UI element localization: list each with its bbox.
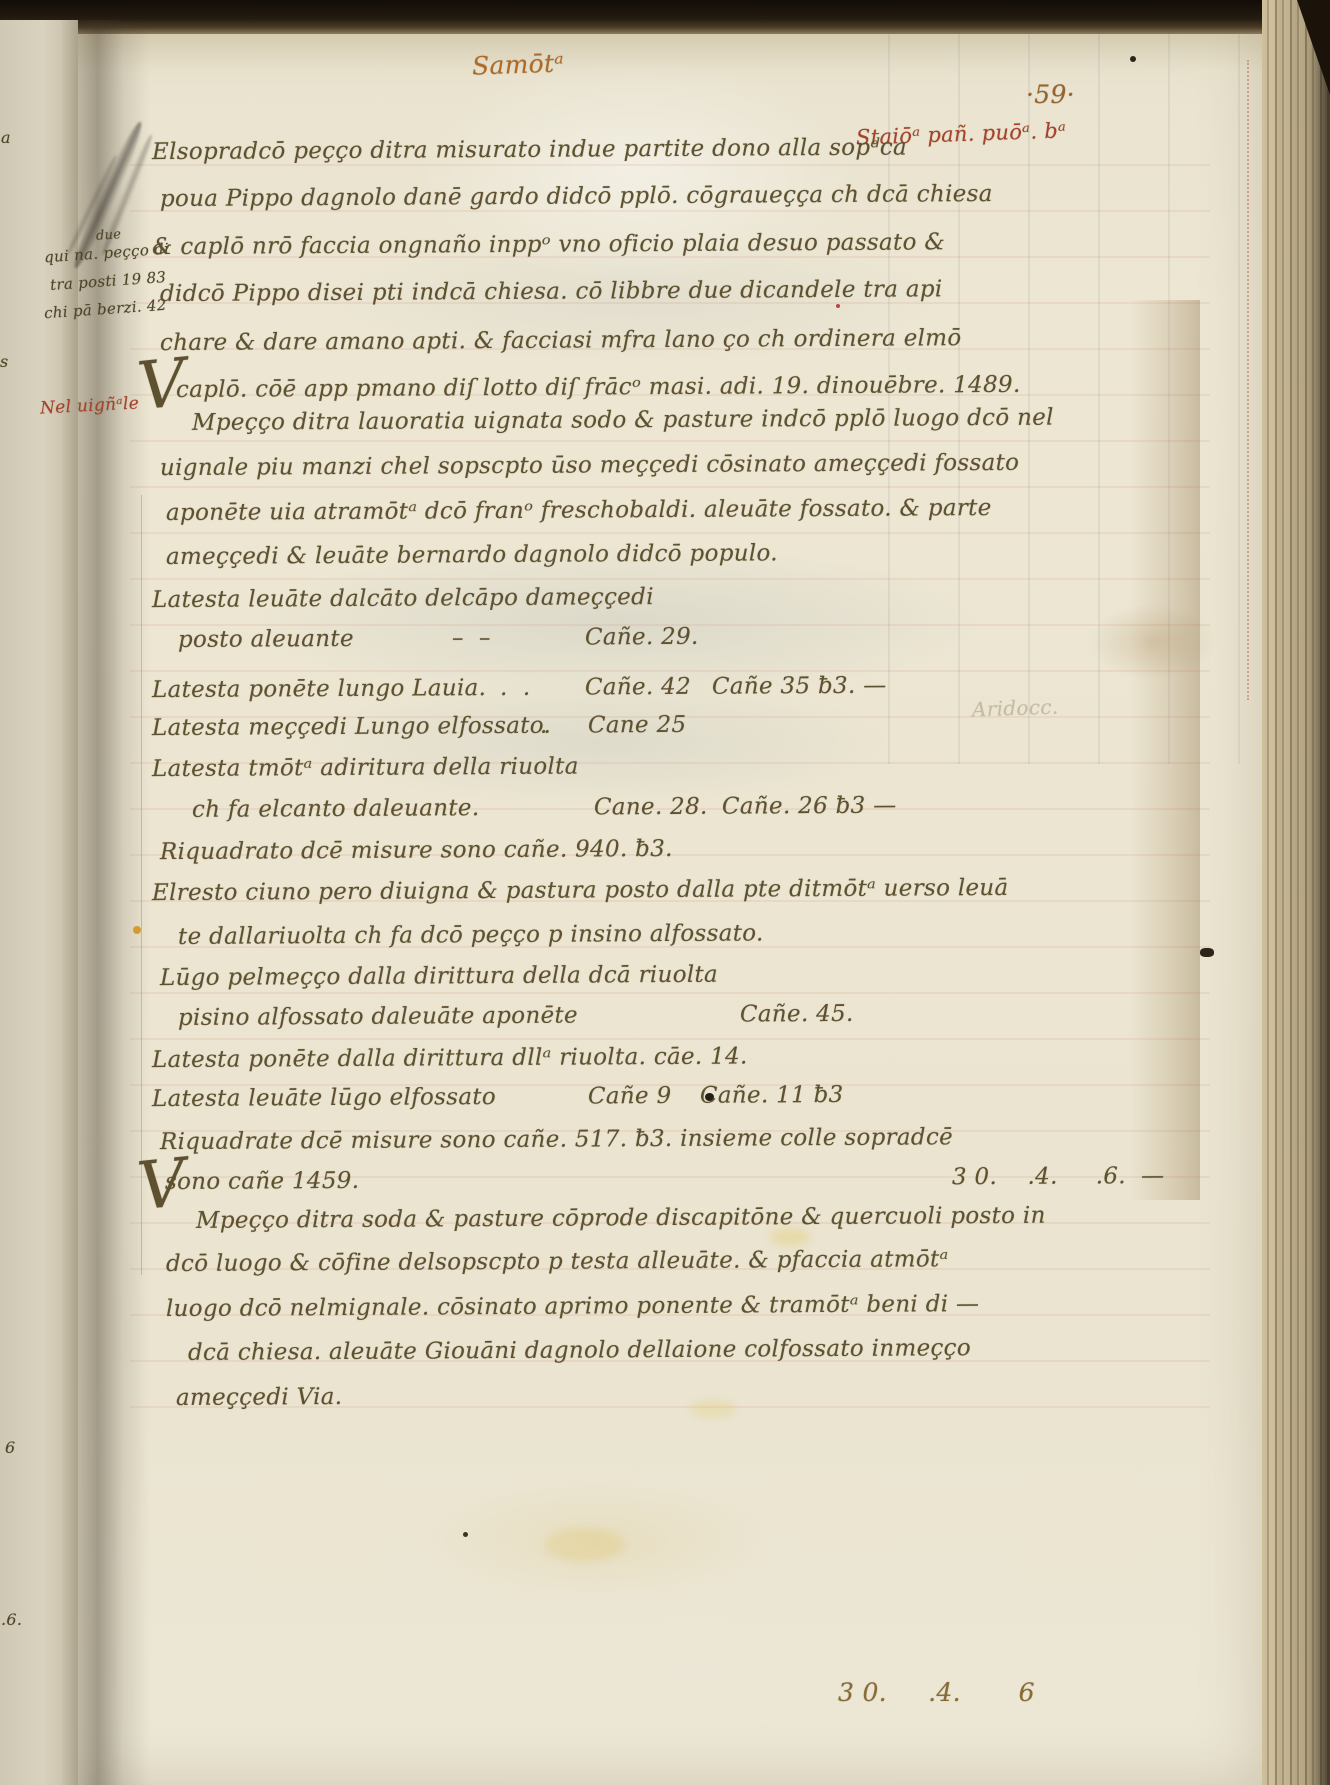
measure-value: Cañe 35 ƀ3. — — [712, 673, 887, 700]
line-text: caplō. cōē app pmano diſ lotto diſ frācᵒ… — [176, 372, 1021, 403]
line-text: Riquadrato dcē misure sono cañe. 940. ƀ3… — [160, 836, 673, 865]
line-text: pisino alfossato daleuāte aponēte — [178, 1003, 578, 1031]
line-text: poua Pippo dagnolo danē gardo didcō pplō… — [160, 181, 993, 212]
measure-value: Cañe. 26 ƀ3 — — [722, 793, 897, 820]
line-text: Elsopradcō peçço ditra misurato indue pa… — [152, 135, 907, 166]
binding-top-edge — [0, 0, 1330, 34]
line-text: Latesta ponēte dalla dirittura dllᵃ riuo… — [152, 1043, 748, 1073]
measure-value: Cane 25 — [588, 712, 687, 739]
line-text: chare & dare amano apti. & facciasi mfra… — [160, 325, 962, 356]
line-text: te dallariuolta ch fa dcō peçço p insino… — [178, 920, 764, 950]
measure-value: Cañe 9 — [588, 1083, 672, 1110]
manuscript-photo: Samōtᵃ ·59· Staiōᵃ pañ. puōᵃ. bᵃ due qui… — [0, 0, 1330, 1785]
running-totals: 3 0. .4. .6. — — [952, 1163, 1165, 1190]
line-text: didcō Pippo disei pti indcā chiesa. cō l… — [160, 276, 943, 307]
folio-number: ·59· — [1026, 80, 1075, 109]
line-text: Latesta ponēte lungo Lauia. — [152, 675, 486, 703]
yellow-stain — [545, 1528, 625, 1562]
line-dash: – – — [452, 625, 491, 651]
line-text: Latesta meççedi Lungo elfossato. — [152, 713, 551, 741]
line-text: Latesta leuāte lūgo elfossato — [152, 1084, 496, 1112]
line-text: uignale piu manzi chel sopscpto ūso meçç… — [160, 450, 1019, 481]
measure-value: Cañe. 11 ƀ3 — [700, 1082, 844, 1109]
line-text: dcā chiesa. aleuāte Giouāni dagnolo dell… — [188, 1335, 971, 1366]
ink-speck — [463, 1532, 468, 1537]
line-text: Latesta tmōtᵃ adiritura della riuolta — [152, 754, 579, 783]
line-text: Latesta leuāte dalcāto delcāpo dameççedi — [152, 584, 654, 613]
measure-value: Cañe. 29. — [585, 624, 699, 651]
line-text: & caplō nrō faccia ongnaño inppᵒ vno ofi… — [152, 229, 945, 260]
line-text: Mpeçço ditra lauoratia uignata sodo & pa… — [192, 405, 1054, 436]
line-text: ch fa elcanto daleuante. — [192, 795, 480, 823]
line-dash: . . — [500, 675, 531, 701]
measure-value: Cañe. 45. — [740, 1001, 854, 1028]
line-text: luogo dcō nelmignale. cōsinato aprimo po… — [166, 1291, 979, 1322]
line-text: Riquadrate dcē misure sono cañe. 517. ƀ3… — [160, 1124, 953, 1155]
measure-value: Cañe. 42 — [585, 674, 691, 701]
measure-value: Cane. 28. — [594, 794, 708, 821]
line-dash: . — [540, 713, 548, 739]
ink-speck — [1130, 56, 1136, 62]
line-text: dcō luogo & cōfine delsopscpto p testa a… — [166, 1246, 949, 1277]
bottom-totals: 3 0. .4. 6 — [838, 1678, 1035, 1707]
line-text: ameççedi Via. — [176, 1384, 343, 1411]
line-text: Elresto ciuno pero diuigna & pastura pos… — [152, 875, 1009, 906]
running-header: Samōtᵃ — [472, 48, 565, 80]
edge-fragment: 6 — [5, 1438, 15, 1457]
edge-fragment: .6. — [1, 1610, 22, 1629]
line-text: Mpeçço ditra soda & pasture cōprode disc… — [196, 1203, 1046, 1234]
line-text: ameççedi & leuāte bernardo dagnolo didcō… — [166, 540, 778, 570]
line-text: posto aleuante — [178, 626, 354, 653]
line-text: aponēte uia atramōtᵃ dcō franᵒ freschoba… — [166, 495, 992, 526]
line-text: Lūgo pelmeçço dalla dirittura della dcā … — [160, 962, 718, 991]
line-text: sono cañe 1459. — [165, 1168, 359, 1195]
